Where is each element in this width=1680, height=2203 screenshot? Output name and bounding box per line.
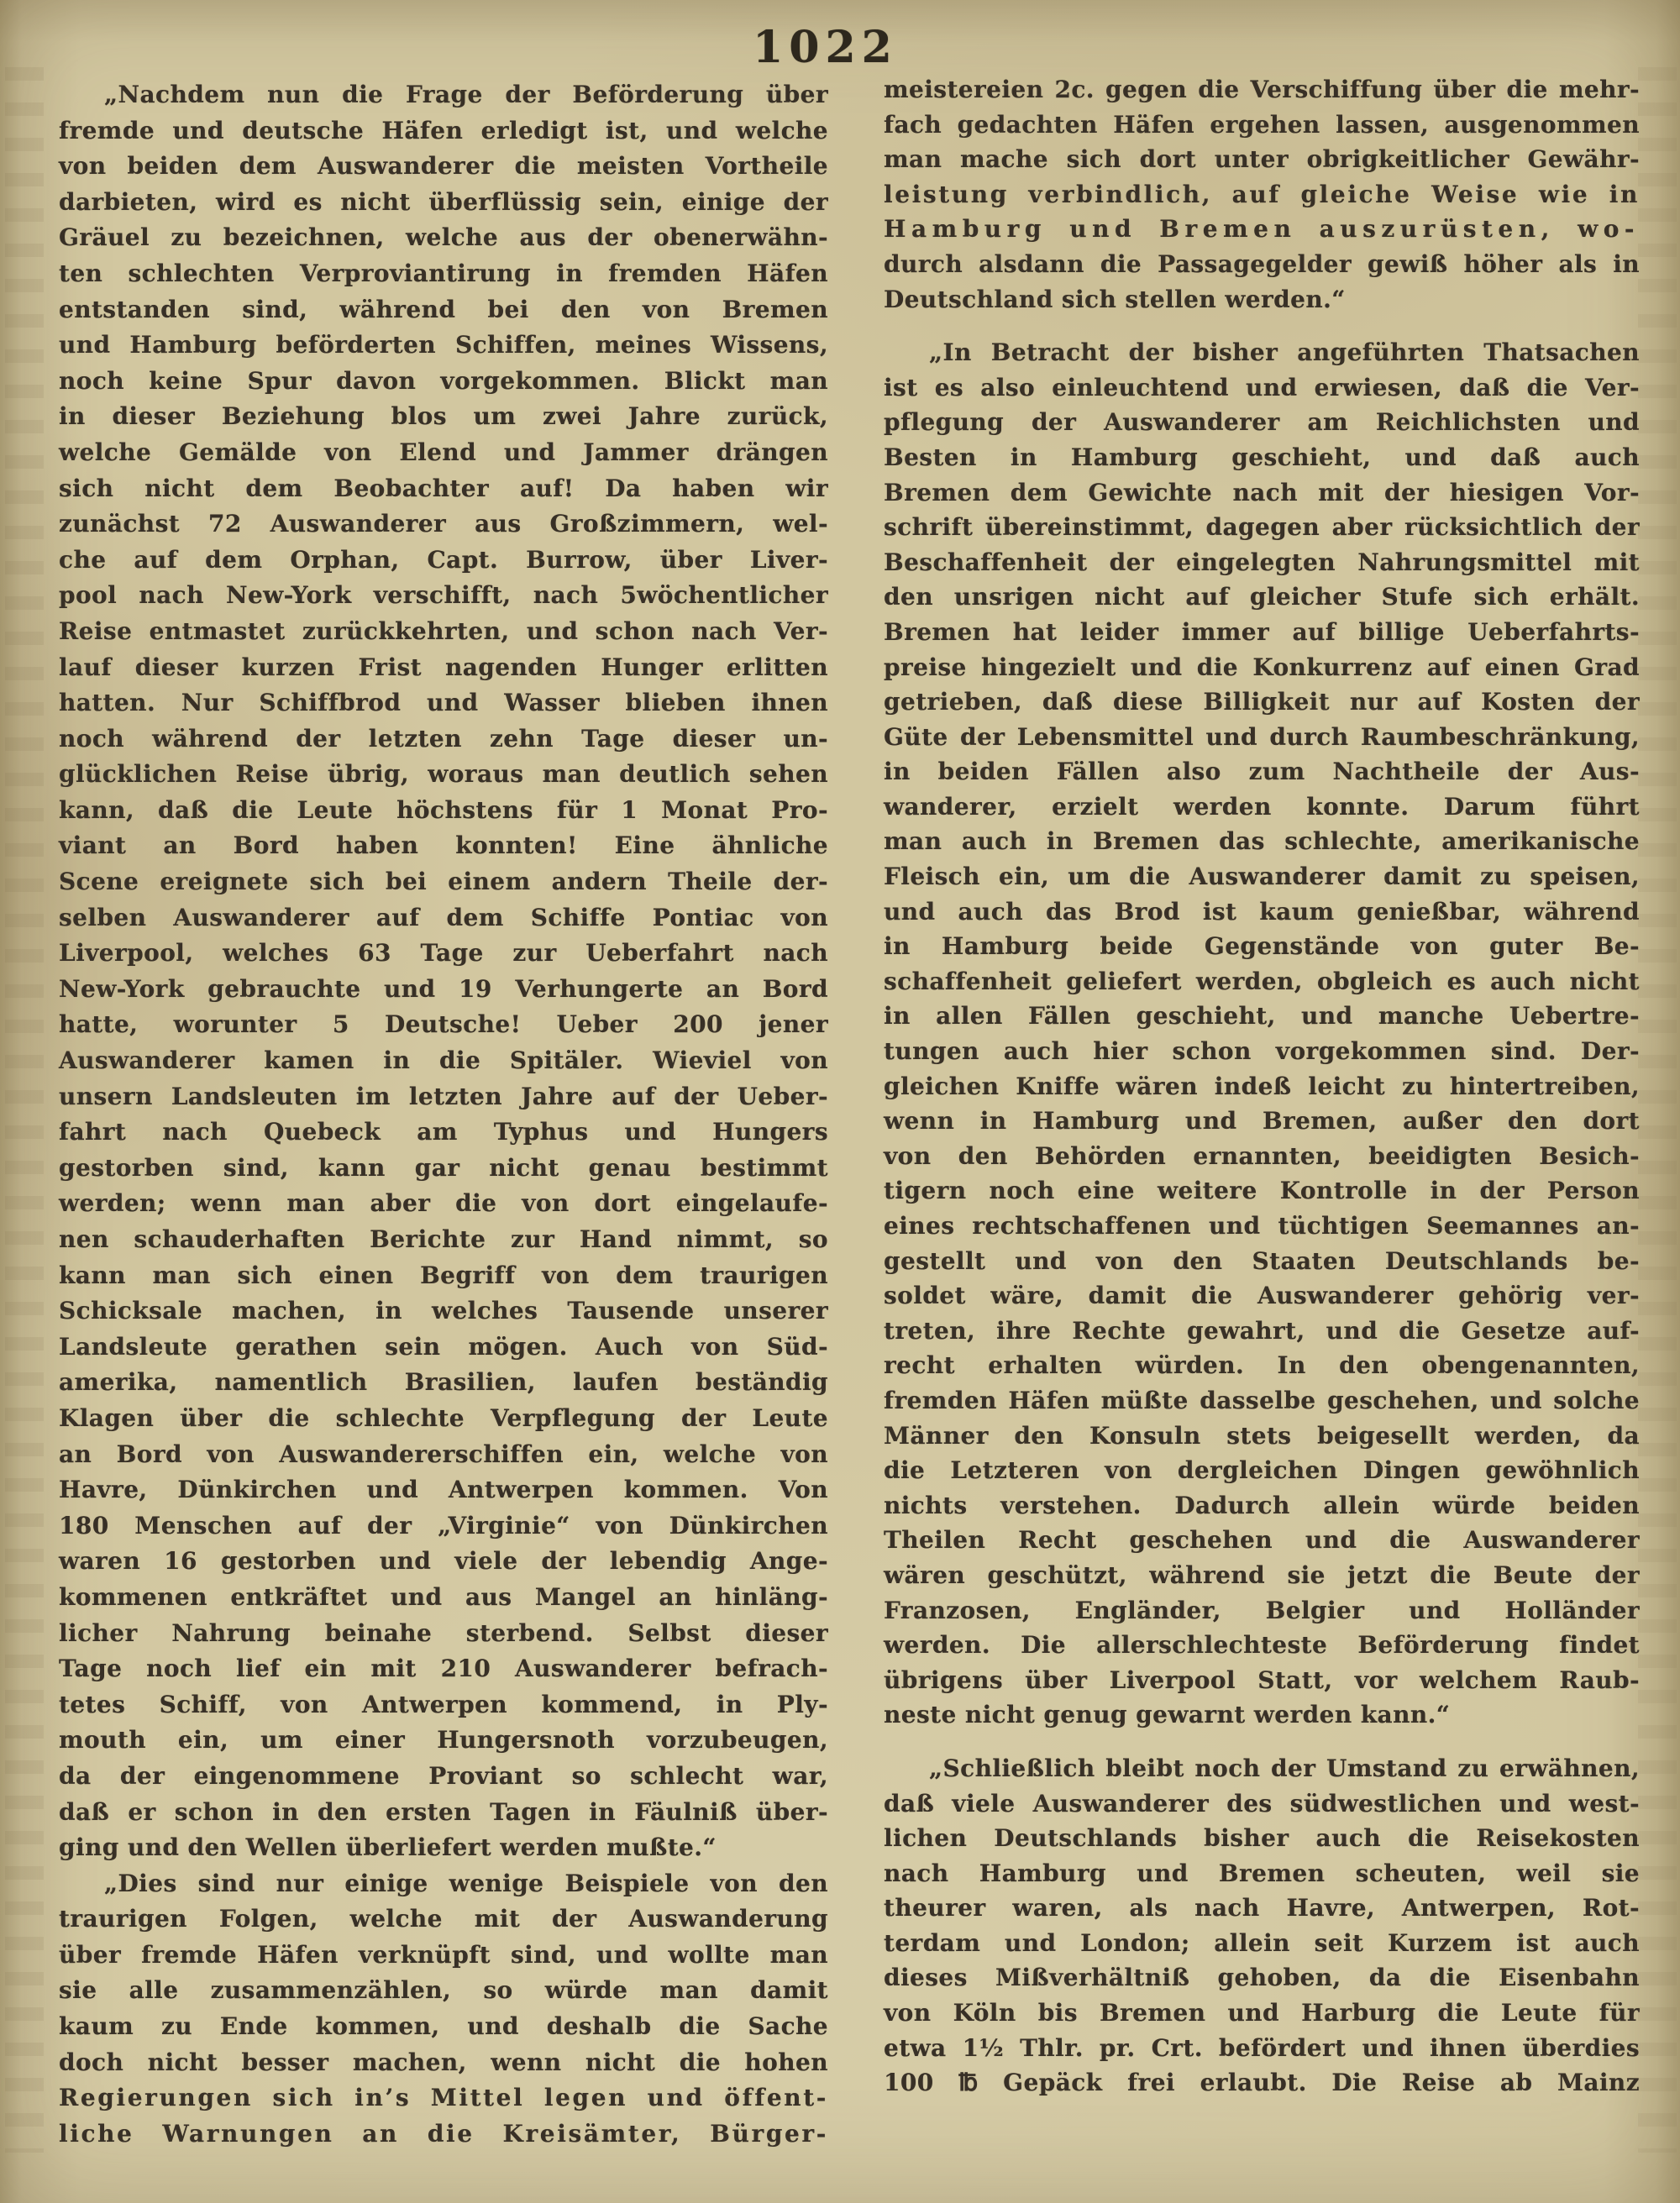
paragraph: „Nachdem nun die Frage der Beförderung ü… [59,77,828,1866]
text-line: fahrt nach Quebeck am Typhus und Hungers [59,1115,828,1151]
text-line: von den Behörden ernannten, beeidigten B… [884,1139,1640,1174]
text-line: preise hingezielt und die Konkurrenz auf… [884,650,1640,685]
text-line: in allen Fällen geschieht, und manche Ue… [884,999,1640,1034]
text-line: Fleisch ein, um die Auswanderer damit zu… [884,859,1640,894]
text-line: treten, ihre Rechte gewahrt, und die Ges… [884,1314,1640,1349]
text-line: tungen auch hier schon vorgekommen sind.… [884,1034,1640,1069]
text-line: kann, daß die Leute höchstens für 1 Mona… [59,793,828,829]
scanned-page: 1022 „Nachdem nun die Frage der Beförder… [0,0,1680,2203]
text-line: „Schließlich bleibt noch der Umstand zu … [884,1751,1640,1786]
text-line: gleichen Kniffe wären indeß leicht zu hi… [884,1069,1640,1104]
text-line: meistereien 2c. gegen die Verschiffung ü… [884,72,1640,108]
text-line: fremde und deutsche Häfen erledigt ist, … [59,113,828,149]
text-line: leistung verbindlich, auf gleiche Weise … [884,177,1640,212]
text-line: Hamburg und Bremen auszurüsten, wo- [884,212,1640,247]
text-line: Landsleute gerathen sein mögen. Auch von… [59,1330,828,1366]
text-line: ten schlechten Verproviantirung in fremd… [59,256,828,292]
text-line: von Köln bis Bremen und Harburg die Leut… [884,1996,1640,2031]
text-line: Männer den Konsuln stets beigesellt werd… [884,1419,1640,1454]
text-line: soldet wäre, damit die Auswanderer gehör… [884,1278,1640,1314]
text-line: ist es also einleuchtend und erwiesen, d… [884,370,1640,406]
text-line: lichen Deutschlands bisher auch die Reis… [884,1821,1640,1856]
text-line: tigern noch eine weitere Kontrolle in de… [884,1173,1640,1209]
text-line: die Letzteren von dergleichen Dingen gew… [884,1453,1640,1488]
text-line: daß er schon in den ersten Tagen in Fäul… [59,1795,828,1831]
text-line: in Hamburg beide Gegenstände von guter B… [884,929,1640,964]
text-line: über fremde Häfen verknüpft sind, und wo… [59,1938,828,1974]
text-line: hatte, worunter 5 Deutsche! Ueber 200 je… [59,1007,828,1043]
text-line: und auch das Brod ist kaum genießbar, wä… [884,894,1640,930]
text-line: wenn in Hamburg und Bremen, außer den do… [884,1104,1640,1139]
text-line: ging und den Wellen überliefert werden m… [59,1830,828,1866]
text-line: eines rechtschaffenen und tüchtigen Seem… [884,1209,1640,1244]
text-line: welche Gemälde von Elend und Jammer drän… [59,435,828,471]
text-line: etwa 1½ Thlr. pr. Crt. befördert und ihn… [884,2031,1640,2066]
text-line: pool nach New-York verschifft, nach 5wöc… [59,578,828,614]
text-line: tetes Schiff, von Antwerpen kommend, in … [59,1687,828,1723]
text-line: Franzosen, Engländer, Belgier und Hollän… [884,1593,1640,1629]
text-line: Klagen über die schlechte Verpflegung de… [59,1401,828,1437]
text-line: 180 Menschen auf der „Virginie“ von Dünk… [59,1508,828,1545]
text-line: man auch in Bremen das schlechte, amerik… [884,824,1640,859]
text-line: fremden Häfen müßte dasselbe geschehen, … [884,1383,1640,1419]
text-line: von beiden dem Auswanderer die meisten V… [59,149,828,185]
text-line: gestorben sind, kann gar nicht genau bes… [59,1151,828,1187]
text-line: wären geschützt, während sie jetzt die B… [884,1558,1640,1593]
text-line: Güte der Lebensmittel und durch Raumbesc… [884,720,1640,755]
text-line: Scene ereignete sich bei einem andern Th… [59,864,828,900]
text-line: Deutschland sich stellen werden.“ [884,282,1640,317]
text-line: da der eingenommene Proviant so schlecht… [59,1759,828,1795]
text-line: traurigen Folgen, welche mit der Auswand… [59,1901,828,1938]
text-line: darbieten, wird es nicht überflüssig sei… [59,185,828,221]
text-line: theurer waren, als nach Havre, Antwerpen… [884,1891,1640,1926]
text-line: wanderer, erzielt werden konnte. Darum f… [884,789,1640,825]
text-line: terdam und London; allein seit Kurzem is… [884,1926,1640,1961]
column-left: „Nachdem nun die Frage der Beförderung ü… [59,77,828,2152]
text-line: Reise entmastet zurückkehrten, und schon… [59,614,828,650]
text-line: sich nicht dem Beobachter auf! Da haben … [59,471,828,507]
text-line: licher Nahrung beinahe sterbend. Selbst … [59,1616,828,1652]
paragraph: „Dies sind nur einige wenige Beispiele v… [59,1866,828,2153]
paragraph: „In Betracht der bisher angeführten That… [884,335,1640,1733]
text-line: übrigens über Liverpool Statt, vor welch… [884,1663,1640,1698]
text-line: neste nicht genug gewarnt werden kann.“ [884,1697,1640,1733]
text-line: man mache sich dort unter obrigkeitliche… [884,142,1640,177]
text-line: nichts verstehen. Dadurch allein würde b… [884,1488,1640,1524]
text-line: viant an Bord haben konnten! Eine ähnlic… [59,828,828,864]
text-line: Beschaffenheit der eingelegten Nahrungsm… [884,545,1640,580]
text-line: Theilen Recht geschehen und die Auswande… [884,1523,1640,1558]
text-line: unsern Landsleuten im letzten Jahre auf … [59,1079,828,1115]
text-line: Havre, Dünkirchen und Antwerpen kommen. … [59,1472,828,1508]
text-line: nen schauderhaften Berichte zur Hand nim… [59,1222,828,1258]
text-line: fach gedachten Häfen ergehen lassen, aus… [884,108,1640,143]
text-line: den unsrigen nicht auf gleicher Stufe si… [884,580,1640,615]
column-right: meistereien 2c. gegen die Verschiffung ü… [884,72,1640,2101]
text-line: waren 16 gestorben und viele der lebendi… [59,1544,828,1580]
text-line: „Dies sind nur einige wenige Beispiele v… [59,1866,828,1902]
text-line: selben Auswanderer auf dem Schiffe Ponti… [59,900,828,936]
text-line: „In Betracht der bisher angeführten That… [884,335,1640,370]
text-line: entstanden sind, während bei den von Bre… [59,292,828,328]
text-line: schrift übereinstimmt, dagegen aber rück… [884,510,1640,545]
text-line: daß viele Auswanderer des südwestlichen … [884,1786,1640,1822]
text-line: in beiden Fällen also zum Nachtheile der… [884,754,1640,789]
text-line: in dieser Beziehung blos um zwei Jahre z… [59,399,828,435]
text-line: kann man sich einen Begriff von dem trau… [59,1258,828,1294]
text-line: kommenen entkräftet und aus Mangel an hi… [59,1580,828,1616]
text-line: Liverpool, welches 63 Tage zur Ueberfahr… [59,936,828,972]
text-line: Bremen hat leider immer auf billige Uebe… [884,615,1640,650]
text-line: nach Hamburg und Bremen scheuten, weil s… [884,1856,1640,1891]
text-line: werden; wenn man aber die von dort einge… [59,1186,828,1222]
page-number: 1022 [0,22,1651,73]
text-line: doch nicht besser machen, wenn nicht die… [59,2045,828,2081]
text-line: werden. Die allerschlechteste Beförderun… [884,1628,1640,1663]
text-line: zunächst 72 Auswanderer aus Großzimmern,… [59,506,828,543]
text-line: „Nachdem nun die Frage der Beförderung ü… [59,77,828,113]
text-line: an Bord von Auswandererschiffen ein, wel… [59,1437,828,1473]
text-line: liche Warnungen an die Kreisämter, Bürge… [59,2116,828,2153]
text-line: 100 ℔ Gepäck frei erlaubt. Die Reise ab … [884,2065,1640,2101]
text-line: und Hamburg beförderten Schiffen, meines… [59,328,828,364]
text-line: durch alsdann die Passagegelder gewiß hö… [884,247,1640,282]
text-line: amerika, namentlich Brasilien, laufen be… [59,1365,828,1401]
text-line: kaum zu Ende kommen, und deshalb die Sac… [59,2009,828,2045]
text-line: glücklichen Reise übrig, woraus man deut… [59,757,828,793]
text-line: sie alle zusammenzählen, so würde man da… [59,1973,828,2009]
text-line: gestellt und von den Staaten Deutschland… [884,1244,1640,1279]
text-line: New-York gebrauchte und 19 Verhungerte a… [59,972,828,1008]
text-line: Schicksale machen, in welches Tausende u… [59,1293,828,1330]
text-line: mouth ein, um einer Hungersnoth vorzubeu… [59,1723,828,1759]
text-line: hatten. Nur Schiffbrod und Wasser bliebe… [59,685,828,721]
text-line: Besten in Hamburg geschieht, und daß auc… [884,440,1640,475]
paragraph: meistereien 2c. gegen die Verschiffung ü… [884,72,1640,317]
text-line: che auf dem Orphan, Capt. Burrow, über L… [59,543,828,579]
text-line: Auswanderer kamen in die Spitäler. Wievi… [59,1043,828,1079]
text-line: pflegung der Auswanderer am Reichlichste… [884,405,1640,440]
text-line: getrieben, daß diese Billigkeit nur auf … [884,685,1640,720]
text-line: dieses Mißverhältniß gehoben, da die Eis… [884,1960,1640,1996]
text-line: noch keine Spur davon vorgekommen. Blick… [59,364,828,400]
text-line: Tage noch lief ein mit 210 Auswanderer b… [59,1651,828,1687]
paragraph: „Schließlich bleibt noch der Umstand zu … [884,1751,1640,2101]
text-line: schaffenheit geliefert werden, obgleich … [884,964,1640,999]
text-line: Gräuel zu bezeichnen, welche aus der obe… [59,220,828,256]
text-line: Regierungen sich in’s Mittel legen und ö… [59,2080,828,2116]
text-line: lauf dieser kurzen Frist nagenden Hunger… [59,650,828,686]
text-line: Bremen dem Gewichte nach mit der hiesige… [884,475,1640,511]
text-line: recht erhalten würden. In den obengenann… [884,1348,1640,1383]
text-line: noch während der letzten zehn Tage diese… [59,721,828,758]
